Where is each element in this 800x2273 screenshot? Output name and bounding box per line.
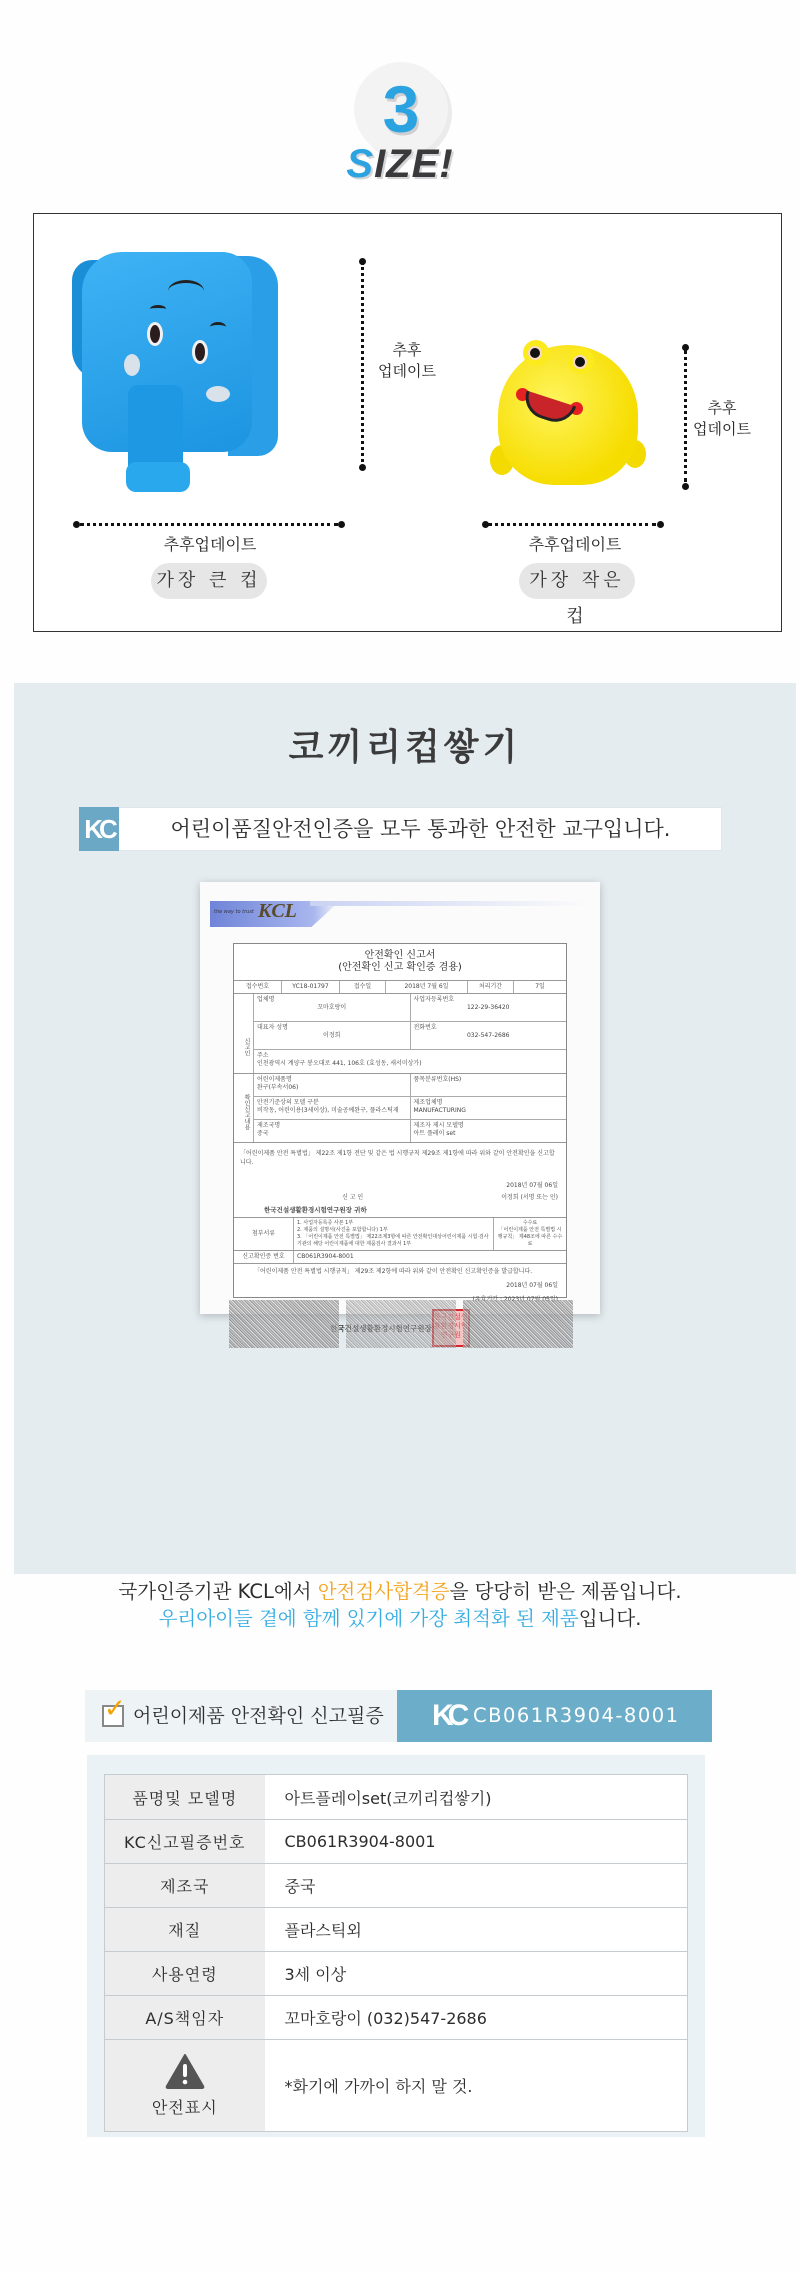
doc-attachment: 1. 사업자등록증 사본 1부 <box>297 1220 490 1227</box>
promo-line-1: 국가인증기관 KCL에서 안전검사합격증을 당당히 받은 제품입니다. <box>0 1578 800 1605</box>
doc-label: 어린이제품명 <box>257 1076 407 1084</box>
height-dimension-line <box>684 350 688 482</box>
spec-key-warning: 안전표시 <box>105 2040 265 2132</box>
document-cert-no-row: 신고확인증 번호 CB061R3904-8001 <box>234 1250 566 1263</box>
promo-text-part: 국가인증기관 KCL에서 <box>118 1580 317 1603</box>
elephant-eye <box>147 322 163 346</box>
doc-label: 제조업체명 <box>414 1099 564 1107</box>
doc-value: 122-29-36420 <box>414 1004 564 1012</box>
elephant-width-label: 추후업데이트 <box>120 532 300 558</box>
promo-text-part: 을 당당히 받은 제품입니다. <box>450 1580 682 1603</box>
document-header-line <box>310 901 590 906</box>
document-declaration: 「어린이제품 안전 특별법」 제22조 제1항 전단 및 같은 법 시행규칙 제… <box>234 1142 566 1217</box>
size-heading-rest: IZE! <box>374 142 454 186</box>
promo-highlight-orange: 안전검사합격증 <box>318 1580 450 1603</box>
spec-value: 꼬마호랑이 (032)547-2686 <box>265 1996 688 2040</box>
document-receipt-row: 접수번호 YC18-01797 접수일 2018년 7월 6일 처리기간 7일 <box>234 980 566 993</box>
doc-label: 제조국명 <box>257 1122 407 1130</box>
document-slogan: the way to trust <box>214 909 254 915</box>
spec-key: 사용연령 <box>105 1952 265 1996</box>
table-row: KC신고필증번호CB061R3904-8001 <box>105 1820 688 1864</box>
width-dimension-line <box>80 523 338 527</box>
height-label-line2: 업데이트 <box>692 419 752 440</box>
product-title: 코끼리컵쌓기 <box>14 718 796 778</box>
doc-value: CB061R3904-8001 <box>294 1251 566 1263</box>
doc-value: 032-547-2686 <box>414 1032 564 1040</box>
doc-label: 접수번호 <box>234 981 282 993</box>
doc-label: 안전기준상의 모델 구분 <box>257 1099 407 1107</box>
dimension-dot <box>73 521 80 528</box>
doc-applicant-fields: 업체명꼬마호랑이 사업자등록번호122-29-36420 대표자 성명이정희 전… <box>254 994 566 1073</box>
spec-value: 플라스틱외 <box>265 1908 688 1952</box>
doc-value: 완구(부속서06) <box>257 1084 407 1092</box>
doc-declaration-text: 「어린이제품 안전 특별법」 제22조 제1항 전단 및 같은 법 시행규칙 제… <box>234 1143 566 1173</box>
spec-key: KC신고필증번호 <box>105 1820 265 1864</box>
doc-label: 수수료 <box>497 1220 563 1227</box>
elephant-cheek <box>206 386 230 402</box>
doc-declarant-row: 신 고 인 이정희 (서명 또는 인) <box>234 1193 566 1203</box>
table-row: A/S책임자꼬마호랑이 (032)547-2686 <box>105 1996 688 2040</box>
width-dimension-line <box>488 523 656 527</box>
elephant-eye <box>192 340 208 364</box>
spec-value: CB061R3904-8001 <box>265 1820 688 1864</box>
doc-addressee: 한국건설생활환경시험연구원장 귀하 <box>234 1203 566 1217</box>
doc-label: 주소 <box>257 1052 563 1060</box>
warning-icon <box>165 2053 205 2089</box>
height-label-line1: 추후 <box>372 340 442 361</box>
size-heading-first-letter: S <box>346 142 374 186</box>
doc-attachment: 3. 「어린이제품 안전 특별법」 제22조제3항에 따른 안전확인대상어린이제… <box>297 1234 490 1248</box>
smallest-cup-pill: 가장 작은 컵 <box>519 563 635 599</box>
doc-value: 비작동, 어린이용(3세이상), 미술공예완구, 플라스틱재 <box>257 1107 407 1115</box>
elephant-brow <box>210 322 226 332</box>
elephant-trunk-tip <box>126 462 190 492</box>
redacted-attachment <box>346 1300 456 1348</box>
spec-value: 중국 <box>265 1864 688 1908</box>
table-row: 제조국중국 <box>105 1864 688 1908</box>
height-label-line2: 업데이트 <box>372 361 442 382</box>
safety-label: 안전표시 <box>105 2095 265 2118</box>
elephant-cheek <box>124 354 140 376</box>
elephant-brow <box>150 305 166 313</box>
dimension-dot <box>657 521 664 528</box>
doc-value: 아트 플레이 set <box>414 1130 564 1138</box>
doc-label: 접수일 <box>340 981 386 993</box>
kc-mark-icon: KC <box>432 1690 463 1742</box>
largest-cup-pill: 가장 큰 컵 <box>151 563 267 599</box>
elephant-hair <box>168 280 204 302</box>
spec-key: 재질 <box>105 1908 265 1952</box>
doc-label: 신고확인증 번호 <box>234 1251 294 1263</box>
document-form: 안전확인 신고서 (안전확인 신고 확인증 겸용) 접수번호 YC18-0179… <box>233 943 567 1298</box>
doc-value: 인천광역시 계양구 봉오대로 441, 106호 (효성동, 새서미상가) <box>257 1060 563 1068</box>
frog-height-label: 추후 업데이트 <box>692 398 752 440</box>
doc-content-fields: 어린이제품명완구(부속서06) 품목분류번호(HS) 안전기준상의 모델 구분비… <box>254 1074 566 1142</box>
height-label-line1: 추후 <box>692 398 752 419</box>
checkmark-icon: ✓ <box>104 1694 126 1724</box>
spec-key: A/S책임자 <box>105 1996 265 2040</box>
doc-label: 첨부서류 <box>234 1218 294 1250</box>
document-content-block: 확인신고내용 어린이제품명완구(부속서06) 품목분류번호(HS) 안전기준상의… <box>234 1073 566 1142</box>
promo-highlight-blue: 우리아이들 곁에 함께 있기에 가장 최적화 된 제품 <box>159 1607 579 1630</box>
doc-value: 꼬마호랑이 <box>257 1004 407 1012</box>
promo-text: 국가인증기관 KCL에서 안전검사합격증을 당당히 받은 제품입니다. 우리아이… <box>0 1578 800 1632</box>
frog-width-label: 추후업데이트 <box>485 532 665 558</box>
doc-label: 신고인 <box>234 994 254 1073</box>
dimension-dot <box>338 521 345 528</box>
dimension-dot <box>359 464 366 471</box>
doc-attachments-list: 1. 사업자등록증 사본 1부 2. 제품의 설명서(사진을 포함합니다) 1부… <box>294 1218 494 1250</box>
document-applicant-block: 신고인 업체명꼬마호랑이 사업자등록번호122-29-36420 대표자 성명이… <box>234 993 566 1073</box>
doc-label: 대표자 성명 <box>257 1024 407 1032</box>
spec-table: 품명및 모델명아트플레이set(코끼리컵쌓기) KC신고필증번호CB061R39… <box>104 1774 688 2132</box>
table-row: 재질플라스틱외 <box>105 1908 688 1952</box>
elephant-height-label: 추후 업데이트 <box>372 340 442 382</box>
doc-label: 품목분류번호(HS) <box>414 1076 564 1084</box>
doc-label: 신 고 인 <box>342 1193 363 1203</box>
doc-fee: 수수료 「어린이제품 안전 특별법 시행규칙」 제48조에 따른 수수료 <box>494 1218 566 1250</box>
doc-declared-date: 2018년 07월 06일 <box>234 1179 566 1193</box>
doc-label: 처리기간 <box>468 981 514 993</box>
doc-attachment: 2. 제품의 설명서(사진을 포함합니다) 1부 <box>297 1227 490 1234</box>
doc-label: 사업자등록번호 <box>414 996 564 1004</box>
redacted-attachment <box>229 1300 339 1348</box>
safety-warning-text: *화기에 가까이 하지 말 것. <box>265 2040 688 2132</box>
kc-certificate-code: CB061R3904-8001 <box>473 1690 680 1742</box>
promo-line-2: 우리아이들 곁에 함께 있기에 가장 최적화 된 제품입니다. <box>0 1605 800 1632</box>
doc-value: 7일 <box>514 981 566 993</box>
doc-value: 이정희 (서명 또는 인) <box>501 1193 558 1203</box>
doc-value: YC18-01797 <box>282 981 340 993</box>
doc-label: 전화번호 <box>414 1024 564 1032</box>
table-row: 사용연령3세 이상 <box>105 1952 688 1996</box>
doc-value: MANUFACTURING <box>414 1107 564 1115</box>
safety-badge-label: 어린이제품 안전확인 신고필증 <box>133 1690 384 1742</box>
table-row: 품명및 모델명아트플레이set(코끼리컵쌓기) <box>105 1775 688 1820</box>
spec-key: 제조국 <box>105 1864 265 1908</box>
promo-text-part: 입니다. <box>579 1607 642 1630</box>
kc-mark-icon: KC <box>79 807 119 851</box>
doc-label: 업체명 <box>257 996 407 1004</box>
spec-value: 3세 이상 <box>265 1952 688 1996</box>
doc-value: 「어린이제품 안전 특별법 시행규칙」 제48조에 따른 수수료 <box>497 1227 563 1248</box>
kcl-logo: KCL <box>258 900 297 923</box>
kc-logo-text: KC <box>79 807 119 851</box>
size-heading: SIZE! <box>300 140 500 188</box>
frog-eye <box>573 355 587 369</box>
document-title-line2: (안전확인 신고 확인증 겸용) <box>234 962 566 974</box>
doc-label: 확인신고내용 <box>234 1074 254 1142</box>
document-attachments-row: 첨부서류 1. 사업자등록증 사본 1부 2. 제품의 설명서(사진을 포함합니… <box>234 1217 566 1250</box>
redacted-attachment <box>463 1300 573 1348</box>
height-dimension-line <box>361 262 365 462</box>
doc-value: 이정희 <box>257 1032 407 1040</box>
spec-value: 아트플레이set(코끼리컵쌓기) <box>265 1775 688 1820</box>
dimension-dot <box>682 483 689 490</box>
doc-issue-date: 2018년 07월 06일 <box>234 1279 566 1293</box>
doc-value: 중국 <box>257 1130 407 1138</box>
document-title-line1: 안전확인 신고서 <box>234 950 566 962</box>
doc-value: 2018년 7월 6일 <box>386 981 468 993</box>
doc-label: 제조자 제시 모델명 <box>414 1122 564 1130</box>
kc-banner-text: 어린이품질안전인증을 모두 통과한 안전한 교구입니다. <box>119 807 722 851</box>
frog-eye <box>528 346 542 360</box>
table-row-warning: 안전표시 *화기에 가까이 하지 말 것. <box>105 2040 688 2132</box>
spec-key: 품명및 모델명 <box>105 1775 265 1820</box>
doc-issue-text: 「어린이제품 안전 특별법 시행규칙」 제29조 제2항에 따라 위와 같이 안… <box>234 1264 566 1279</box>
document-title: 안전확인 신고서 (안전확인 신고 확인증 겸용) <box>234 944 566 974</box>
